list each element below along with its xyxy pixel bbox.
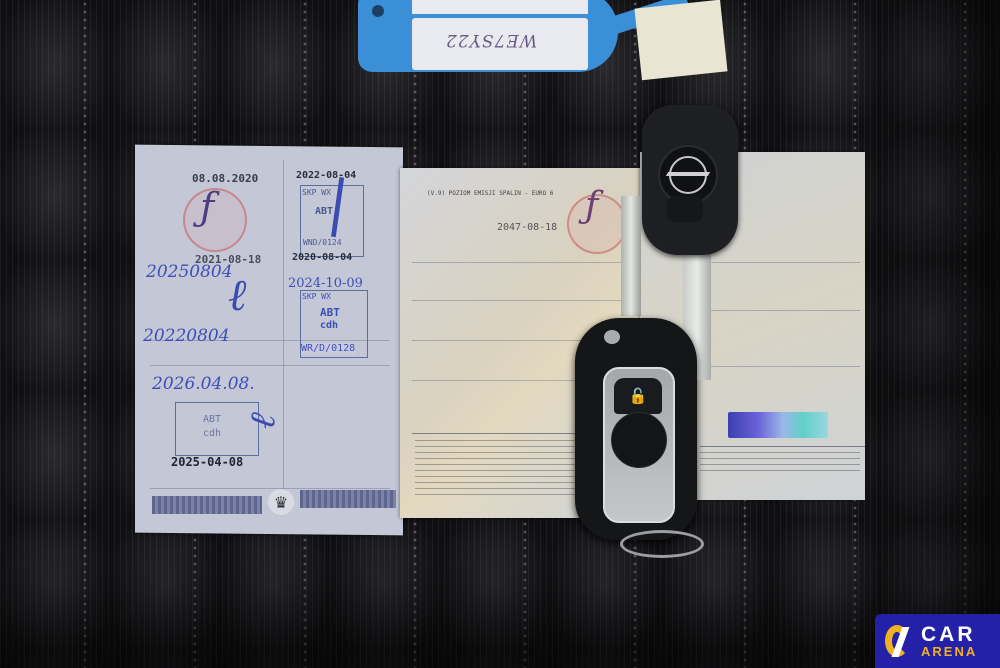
key-tag-label-top: [412, 0, 588, 14]
stamp-reg-2: WR/D/0128: [301, 343, 355, 354]
signature: ℓ: [228, 270, 246, 321]
unlock-icon: 🔓: [614, 378, 662, 414]
red-seal-icon: [183, 188, 247, 252]
stamp-station-1: SKP WX: [302, 188, 331, 197]
car-arena-mark-icon: [885, 623, 915, 659]
stamp-date-2: 2024-10-09: [288, 276, 363, 291]
handwritten-date-1: 20250804: [146, 262, 233, 282]
fine-print-text: [415, 440, 580, 498]
divider: [700, 366, 860, 367]
flip-release-button: [604, 330, 620, 344]
stamp-date-3: 2025-04-08: [171, 455, 243, 469]
security-band-right: [300, 490, 396, 508]
divider: [412, 433, 587, 434]
fob-button: [667, 196, 703, 222]
divider: [700, 310, 860, 311]
security-band-left: [152, 496, 262, 514]
stamp-date-1b: 2020-08-04: [292, 252, 352, 263]
brand-line-1: CAR: [921, 624, 977, 645]
stamp-reg-1: WND/0124: [303, 238, 342, 247]
stamp-code-3: ABT: [203, 414, 221, 425]
stamp-code-2: ABT: [320, 306, 340, 319]
emission-header: (V.9) POZIOM EMISJI SPALIN - EURO 6: [427, 190, 553, 197]
divider: [150, 488, 390, 489]
divider: [700, 262, 860, 263]
left-printed-date: 08.08.2020: [192, 172, 258, 185]
key-tag-hole-icon: [372, 5, 384, 17]
brand-line-2: ARENA: [921, 645, 977, 658]
handwritten-date-2: 20220804: [143, 326, 230, 346]
hologram-sticker: [728, 412, 828, 438]
paper-tag: [634, 0, 727, 80]
divider: [150, 365, 390, 366]
divider: [412, 262, 632, 263]
stamp-station-2: SKP WX: [302, 292, 331, 301]
fine-print-text: [700, 452, 860, 474]
signature: ƒ: [200, 185, 214, 229]
divider: [412, 300, 632, 301]
middle-printed-date: 2047-08-18: [497, 222, 557, 233]
key-blade-2: [621, 196, 641, 316]
divider: [700, 446, 865, 447]
seat-shadow-bottom: [0, 548, 1000, 668]
stamp-sub-2: cdh: [320, 320, 338, 331]
divider: [283, 160, 284, 490]
lock-button: [611, 412, 667, 468]
signature: ƒ: [585, 185, 598, 226]
handwritten-date-3: 2026.04.08.: [152, 374, 255, 394]
key-ring: [620, 530, 704, 558]
stamp-sub-3: cdh: [203, 428, 221, 439]
car-arena-logo: CAR ARENA: [875, 614, 1000, 668]
key-tag-handwriting: WE7SY22: [445, 30, 537, 50]
polish-eagle-icon: ♛: [268, 489, 294, 515]
